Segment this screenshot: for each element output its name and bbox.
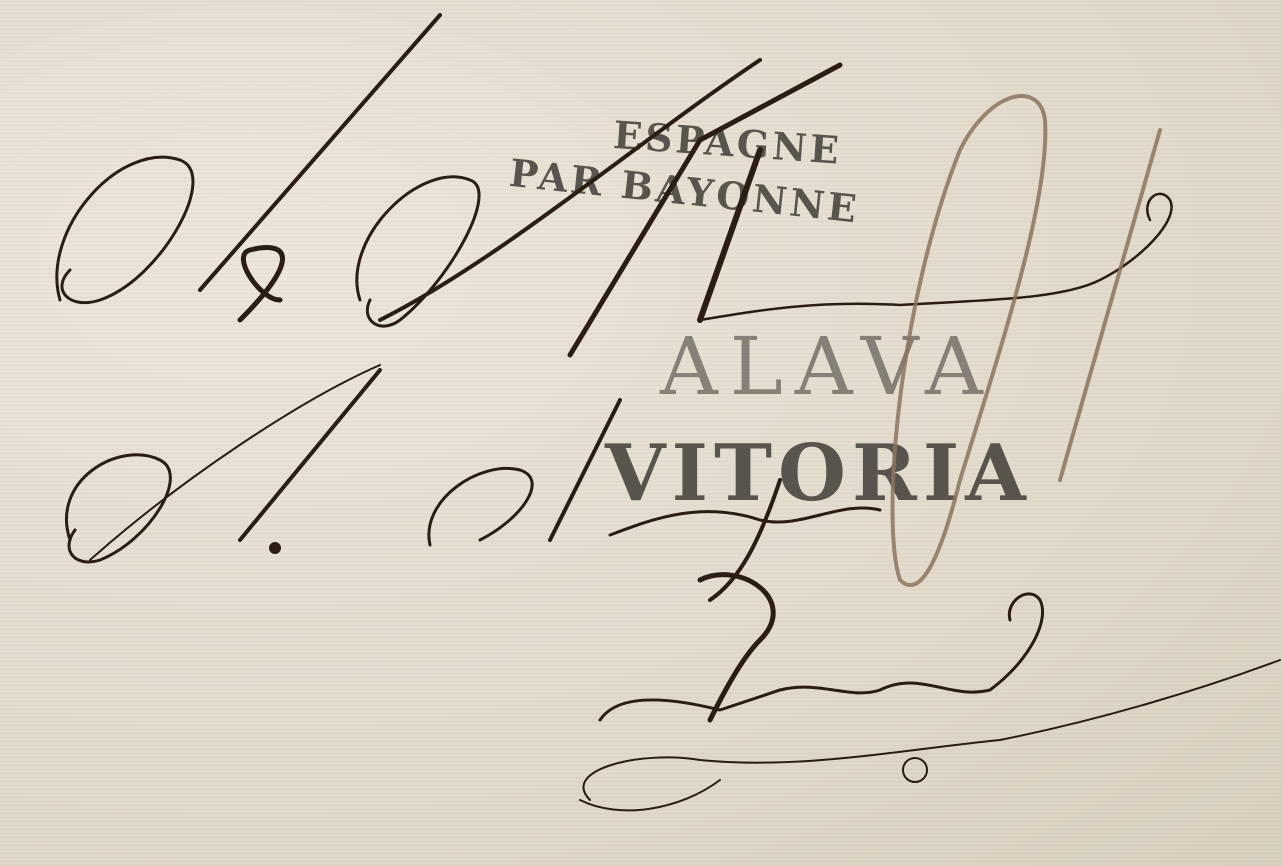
letter-cover: ESPAGNE PAR BAYONNE ALAVA VITORIA: [0, 0, 1283, 866]
handwriting-flourishes: [0, 0, 1283, 866]
